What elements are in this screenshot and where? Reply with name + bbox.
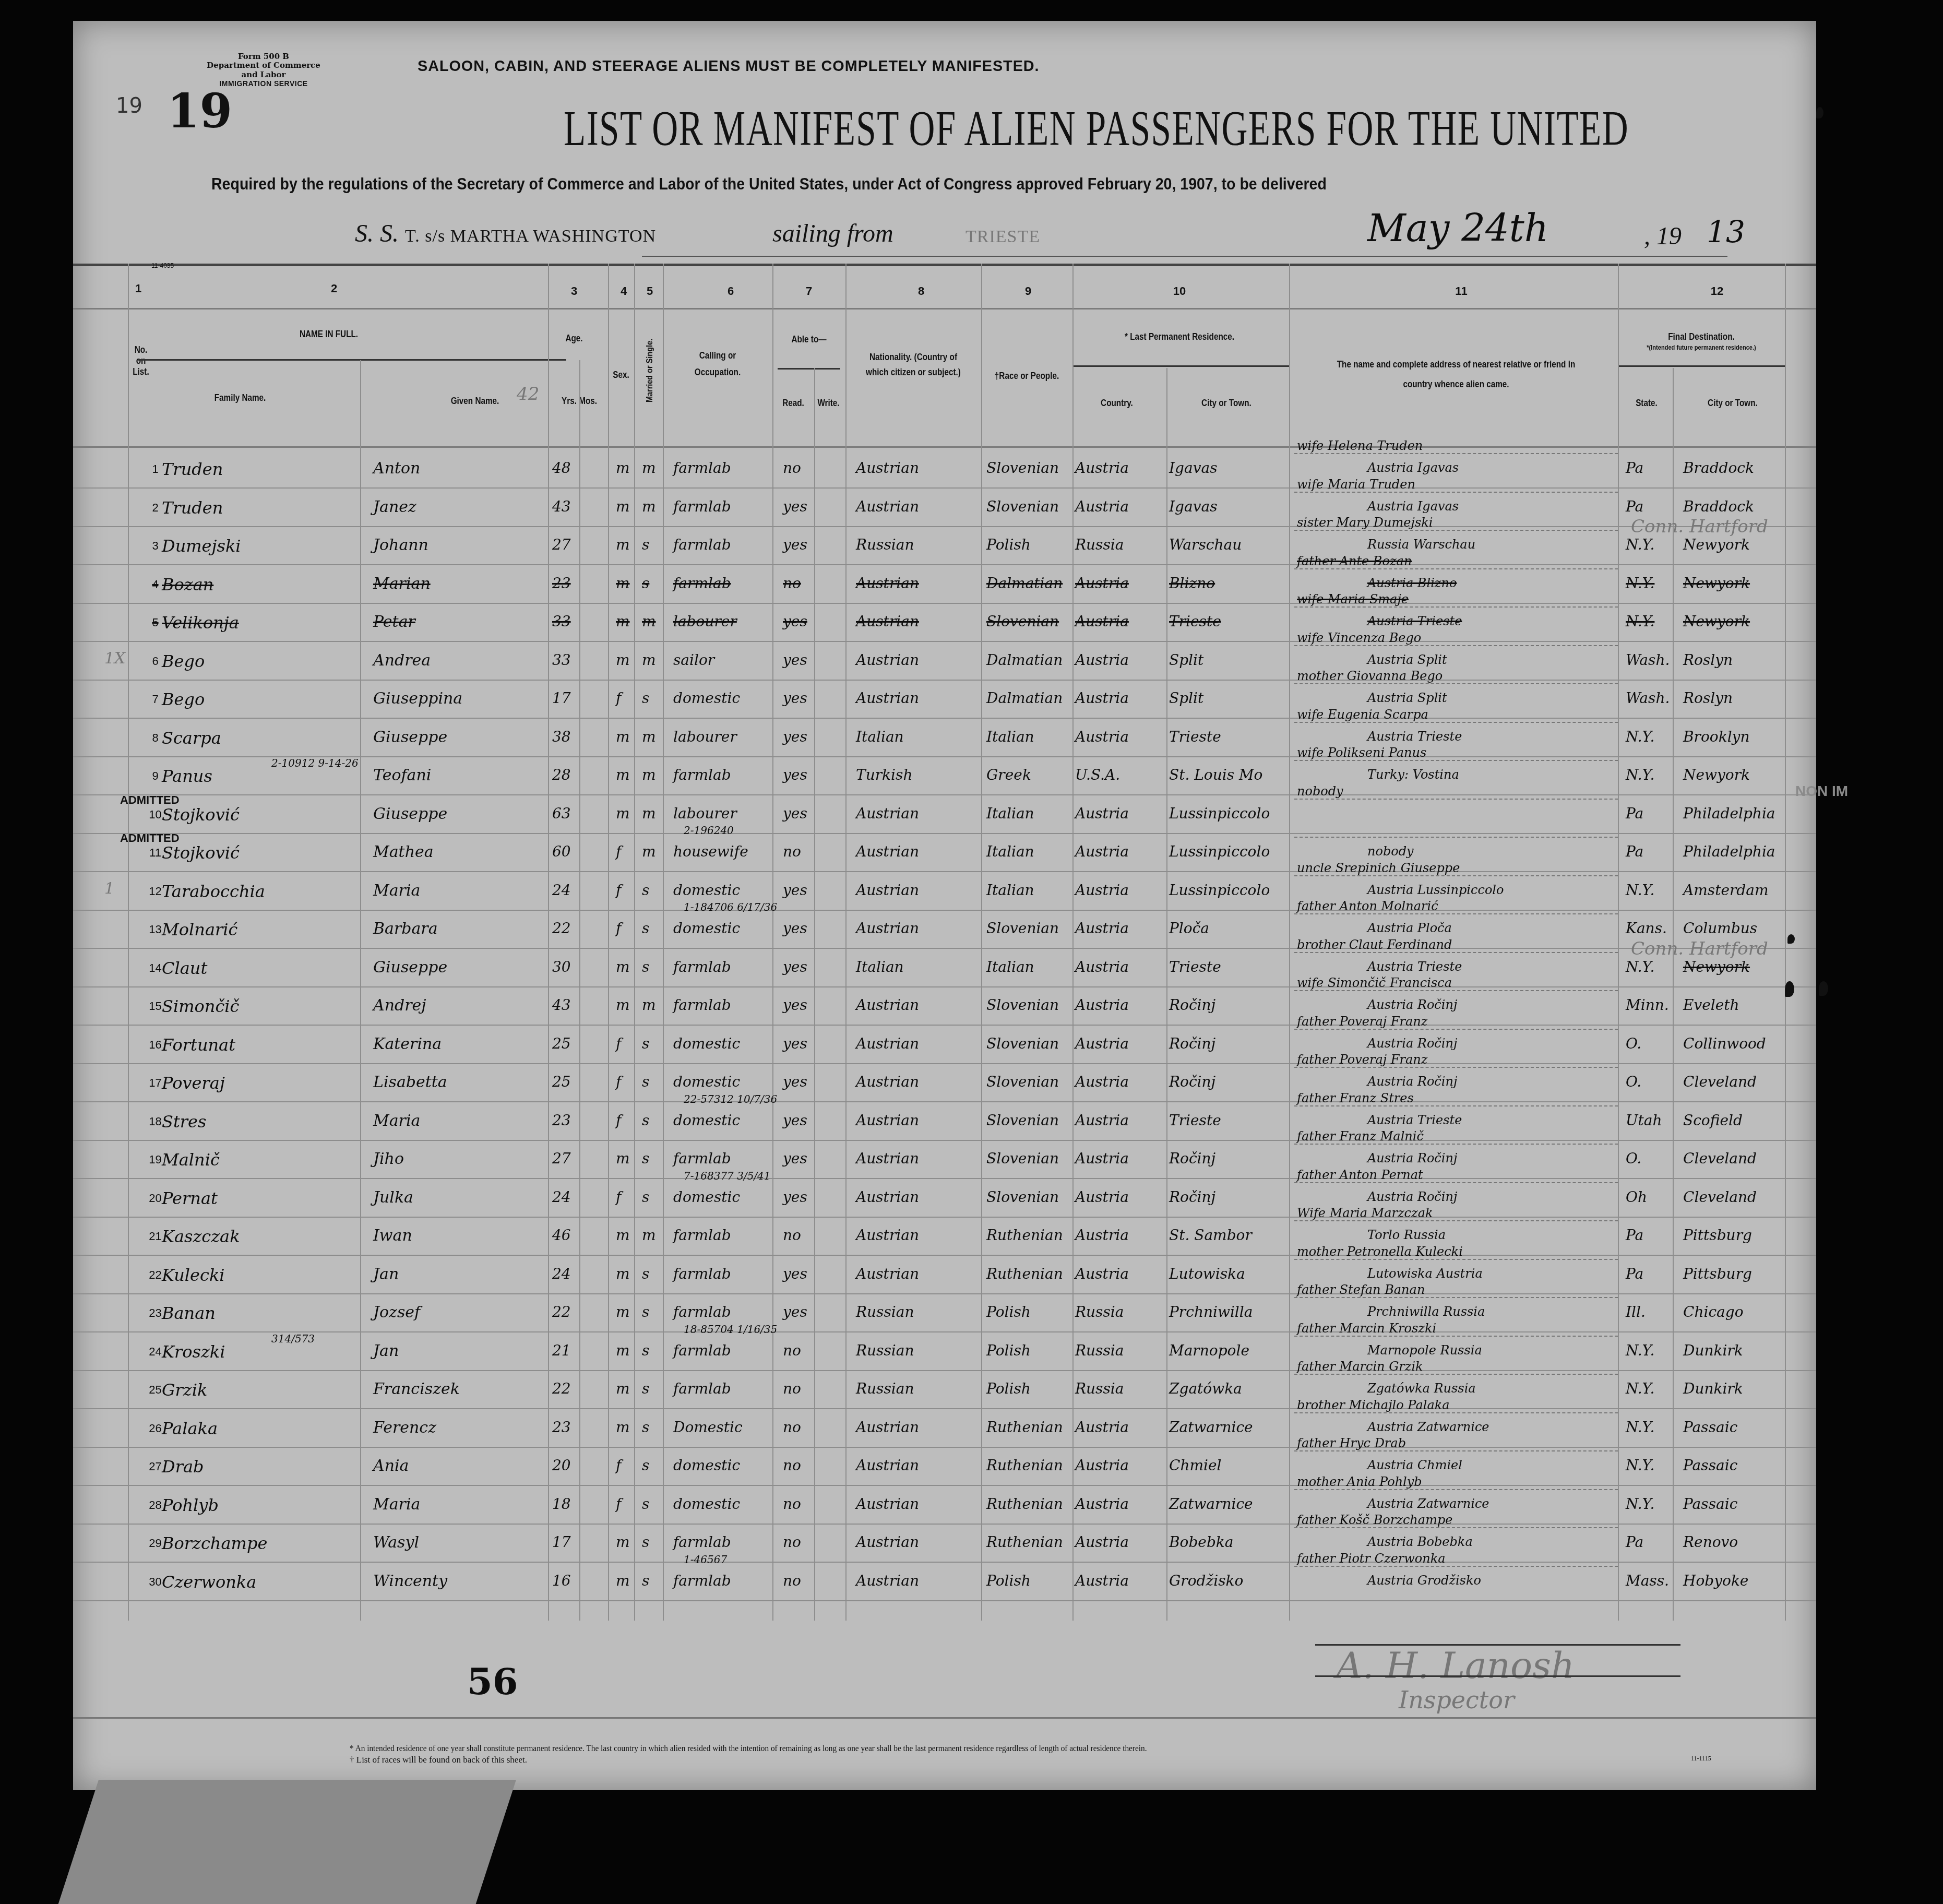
nationality: Russian xyxy=(856,536,914,553)
relative-name: father Poveraj Franz xyxy=(1297,1052,1427,1067)
marital-status: m xyxy=(642,843,656,860)
colnum-7: 7 xyxy=(798,284,819,298)
header-read: Read. xyxy=(780,398,807,409)
year-prefix: , 19 xyxy=(1644,222,1682,251)
can-read-write: yes xyxy=(783,805,807,822)
relative-name: wife Eugenia Scarpa xyxy=(1297,707,1428,722)
relative-name: wife Polikseni Panus xyxy=(1297,745,1426,760)
can-read-write: yes xyxy=(783,958,807,975)
family-name: Kulecki xyxy=(162,1265,225,1285)
age-years: 17 xyxy=(552,1533,571,1551)
colnum-9: 9 xyxy=(1018,284,1039,298)
destination-state: Utah xyxy=(1626,1112,1662,1129)
age-years: 27 xyxy=(552,536,571,553)
sex: m xyxy=(616,805,630,822)
nationality: Austrian xyxy=(856,1035,919,1052)
relative-dotted-line xyxy=(1294,1259,1618,1260)
destination-city: Braddock xyxy=(1683,459,1754,477)
residence-country: Austria xyxy=(1075,1188,1129,1206)
destination-city: Passaic xyxy=(1683,1419,1737,1436)
can-read-write: no xyxy=(783,1495,801,1513)
colnum-1: 1 xyxy=(128,282,149,295)
relative-address: Austria Chmiel xyxy=(1367,1458,1462,1472)
sex: m xyxy=(616,459,630,477)
residence-city: Igavas xyxy=(1169,459,1218,477)
residence-city: Lutowiska xyxy=(1169,1265,1245,1282)
destination-state: Ill. xyxy=(1626,1303,1646,1320)
relative-name: uncle Srepinich Giuseppe xyxy=(1297,861,1460,875)
sex: m xyxy=(616,651,630,669)
marital-status: s xyxy=(642,1112,649,1129)
occupation: farmlab xyxy=(673,536,731,553)
can-read-write: yes xyxy=(783,1303,807,1320)
relative-address: Prchniwilla Russia xyxy=(1367,1304,1485,1319)
passenger-row: 13 Molnarić Barbara 22 f s domestic 1-18… xyxy=(73,910,1816,948)
residence-city: Marnopole xyxy=(1169,1342,1249,1359)
signature-rule-top xyxy=(1315,1644,1680,1646)
relative-dotted-line xyxy=(1294,952,1618,953)
residence-city: Split xyxy=(1169,651,1203,669)
race: Polish xyxy=(986,1572,1031,1589)
nationality: Russian xyxy=(856,1303,914,1320)
relative-dotted-line xyxy=(1294,453,1618,454)
family-name: Kroszki xyxy=(162,1342,225,1362)
marital-status: m xyxy=(642,996,656,1014)
age-years: 30 xyxy=(552,958,571,975)
residence-city: Prchniwilla xyxy=(1169,1303,1253,1320)
occupation: domestic xyxy=(673,1035,740,1052)
relative-dotted-line xyxy=(1294,1336,1618,1337)
nationality: Austrian xyxy=(856,1073,919,1090)
sex: m xyxy=(616,498,630,515)
relative-dotted-line xyxy=(1294,683,1618,684)
race: Italian xyxy=(986,958,1034,975)
colnum-6: 6 xyxy=(720,284,741,298)
given-name: Maria xyxy=(373,882,420,900)
destination-state: N.Y. xyxy=(1626,1342,1654,1359)
sex: m xyxy=(616,536,630,553)
can-read-write: yes xyxy=(783,920,807,937)
given-name: Petar xyxy=(373,613,415,631)
paper-tab xyxy=(58,1780,516,1904)
sex: f xyxy=(616,1495,621,1513)
header-occupation: Calling or Occupation. xyxy=(680,347,756,381)
relative-address: Austria Bobebka xyxy=(1367,1534,1473,1549)
given-name: Anton xyxy=(373,459,420,478)
family-name: Panus xyxy=(162,766,212,786)
occupation-note: 2-196240 xyxy=(684,824,734,837)
occupation-note: 1-46567 xyxy=(684,1553,727,1566)
relative-dotted-line xyxy=(1294,799,1618,800)
given-name: Lisabetta xyxy=(373,1073,447,1091)
nationality: Austrian xyxy=(856,1419,919,1436)
sex: m xyxy=(616,613,630,630)
residence-city: Trieste xyxy=(1169,1112,1221,1129)
colnum-10: 10 xyxy=(1169,284,1190,298)
marital-status: s xyxy=(642,1457,649,1474)
age-years: 16 xyxy=(552,1572,571,1589)
sex: m xyxy=(616,958,630,975)
family-name: Simončič xyxy=(162,996,239,1016)
family-name: Stojković xyxy=(162,843,240,863)
residence-country: Russia xyxy=(1075,536,1124,553)
marital-status: s xyxy=(642,1419,649,1436)
header-write: Write. xyxy=(814,398,843,409)
residence-rule xyxy=(1072,365,1289,367)
destination-state: O. xyxy=(1626,1150,1641,1167)
header-no-on-list: No. on List. xyxy=(130,344,152,377)
race: Ruthenian xyxy=(986,1495,1063,1513)
residence-city: Lussinpiccolo xyxy=(1169,843,1270,860)
sex: m xyxy=(616,1419,630,1436)
sex: m xyxy=(616,1572,630,1589)
given-name: Iwan xyxy=(373,1227,412,1245)
age-years: 21 xyxy=(552,1342,571,1359)
header-given-name: Given Name. xyxy=(435,396,515,407)
family-name: Scarpa xyxy=(162,728,221,748)
destination-city: Dunkirk xyxy=(1683,1342,1743,1359)
can-read-write: yes xyxy=(783,1150,807,1167)
sex: m xyxy=(616,1380,630,1397)
colnum-3: 3 xyxy=(564,284,585,298)
department-name: Department of Commerce and Labor xyxy=(198,61,329,79)
family-name: Dumejski xyxy=(162,536,241,556)
marital-status: s xyxy=(642,1303,649,1320)
passenger-row: 29 Borzchampe Wasyl 17 m s farmlab no Au… xyxy=(73,1524,1816,1562)
occupation: farmlab xyxy=(673,1572,731,1589)
age-years: 24 xyxy=(552,1188,571,1206)
passenger-row: ADMITTED 10 Stojković Giuseppe 63 m m la… xyxy=(73,795,1816,834)
nationality: Austrian xyxy=(856,1457,919,1474)
destination-state: Wash. xyxy=(1626,689,1670,707)
race: Slovenian xyxy=(986,1112,1059,1129)
residence-city: Ročinj xyxy=(1169,1150,1215,1167)
occupation: farmlab xyxy=(673,498,731,515)
ink-blot xyxy=(1787,934,1795,944)
race: Slovenian xyxy=(986,498,1059,515)
nationality: Austrian xyxy=(856,575,919,592)
age-years: 28 xyxy=(552,766,571,783)
relative-address: nobody xyxy=(1367,844,1414,859)
family-name: Velikonja xyxy=(162,613,239,633)
ship-name: T. s/s MARTHA WASHINGTON xyxy=(405,227,656,246)
destination-state: O. xyxy=(1626,1035,1641,1052)
relative-dotted-line xyxy=(1294,1067,1618,1068)
destination-city: Passaic xyxy=(1683,1495,1737,1513)
colnum-2: 2 xyxy=(324,282,344,295)
occupation: farmlab xyxy=(673,958,731,975)
residence-country: Russia xyxy=(1075,1342,1124,1359)
relative-address: Austria Trieste xyxy=(1367,1113,1462,1127)
marital-status: s xyxy=(642,1188,649,1206)
can-read-write: yes xyxy=(783,689,807,707)
relative-address: Austria Ročinj xyxy=(1367,1189,1457,1204)
header-name-in-full: NAME IN FULL. xyxy=(249,329,409,340)
destination-state: Minn. xyxy=(1626,996,1669,1014)
passenger-row: 1X 6 Bego Andrea 33 m m sailor yes Austr… xyxy=(73,642,1816,680)
passenger-row: 8 Scarpa Giuseppe 38 m m labourer yes It… xyxy=(73,719,1816,757)
header-nationality: Nationality. (Country of which citizen o… xyxy=(860,350,967,380)
sailing-date: May 24th xyxy=(1367,206,1548,250)
relative-dotted-line xyxy=(1294,1220,1618,1221)
destination-city: Pittsburg xyxy=(1683,1227,1752,1244)
can-read-write: yes xyxy=(783,1112,807,1129)
sex: m xyxy=(616,1342,630,1359)
occupation: domestic xyxy=(673,1188,740,1206)
given-name: Katerina xyxy=(373,1035,442,1053)
destination-state: Pa xyxy=(1626,1533,1643,1551)
colnum-11: 11 xyxy=(1451,284,1472,298)
sex: f xyxy=(616,1073,621,1090)
marital-status: s xyxy=(642,920,649,937)
given-name: Maria xyxy=(373,1112,420,1130)
residence-country: Austria xyxy=(1075,459,1129,477)
relative-address: Austria Trieste xyxy=(1367,959,1462,974)
marital-status: s xyxy=(642,689,649,707)
relative-dotted-line xyxy=(1294,837,1618,838)
residence-country: Austria xyxy=(1075,651,1129,669)
family-name: Fortunat xyxy=(162,1035,235,1055)
relative-dotted-line xyxy=(1294,1527,1618,1528)
can-read-write: yes xyxy=(783,766,807,783)
destination-annotation: Conn. Hartford xyxy=(1631,516,1768,537)
age-years: 25 xyxy=(552,1073,571,1090)
can-read-write: yes xyxy=(783,1035,807,1052)
residence-city: Bobebka xyxy=(1169,1533,1234,1551)
race: Dalmatian xyxy=(986,689,1063,707)
relative-name: wife Maria Smaje xyxy=(1297,592,1409,606)
passenger-row: 14 Claut Giuseppe 30 m s farmlab yes Ita… xyxy=(73,949,1816,987)
given-name: Teofani xyxy=(373,766,431,784)
family-name: Molnarić xyxy=(162,920,237,939)
destination-city: Cleveland xyxy=(1683,1150,1757,1167)
marital-status: s xyxy=(642,1533,649,1551)
relative-dotted-line xyxy=(1294,568,1618,569)
can-read-write: no xyxy=(783,1419,801,1436)
race: Slovenian xyxy=(986,1150,1059,1167)
residence-city: Zatwarnice xyxy=(1169,1419,1253,1436)
residence-city: Chmiel xyxy=(1169,1457,1222,1474)
relative-address: Austria Ročinj xyxy=(1367,1036,1457,1051)
destination-state: Wash. xyxy=(1626,651,1670,669)
race: Ruthenian xyxy=(986,1419,1063,1436)
residence-city: Trieste xyxy=(1169,958,1221,975)
header-married-single: Married or Single. xyxy=(645,324,655,418)
destination-state: N.Y. xyxy=(1626,536,1654,553)
destination-state: Pa xyxy=(1626,805,1643,822)
occupation: labourer xyxy=(673,805,737,822)
can-read-write: yes xyxy=(783,651,807,669)
destination-city: Newyork xyxy=(1683,766,1750,783)
destination-city: Newyork xyxy=(1683,575,1750,592)
relative-address: Austria Zatwarnice xyxy=(1367,1496,1489,1511)
sex: f xyxy=(616,920,621,937)
destination-city: Newyork xyxy=(1683,613,1750,630)
given-name: Wincenty xyxy=(373,1572,447,1590)
header-rule-mid xyxy=(73,308,1816,310)
residence-country: Russia xyxy=(1075,1303,1124,1320)
race: Dalmatian xyxy=(986,575,1063,592)
passenger-row: 24 Kroszki 314/573 Jan 21 m s farmlab 18… xyxy=(73,1332,1816,1371)
destination-state: N.Y. xyxy=(1626,575,1654,592)
sex: m xyxy=(616,766,630,783)
age-years: 48 xyxy=(552,459,571,477)
destination-city: Chicago xyxy=(1683,1303,1744,1320)
can-read-write: no xyxy=(783,1342,801,1359)
residence-country: Austria xyxy=(1075,728,1129,745)
destination-state: N.Y. xyxy=(1626,728,1654,745)
sex: m xyxy=(616,1227,630,1244)
occupation: labourer xyxy=(673,613,737,630)
nationality: Austrian xyxy=(856,1495,919,1513)
relative-address: Austria Grodžisko xyxy=(1367,1573,1481,1588)
race: Ruthenian xyxy=(986,1457,1063,1474)
destination-city: Roslyn xyxy=(1683,689,1733,707)
ink-blot xyxy=(1785,981,1794,997)
marital-status: s xyxy=(642,1380,649,1397)
relative-dotted-line xyxy=(1294,606,1618,608)
destination-city: Eveleth xyxy=(1683,996,1739,1014)
destination-city: Collinwood xyxy=(1683,1035,1766,1052)
age-years: 60 xyxy=(552,843,571,860)
relative-address: Austria Split xyxy=(1367,652,1447,667)
passenger-row: 5 Velikonja Petar 33 m m labourer yes Au… xyxy=(73,603,1816,641)
page-title: LIST OR MANIFEST OF ALIEN PASSENGERS FOR… xyxy=(564,99,1629,157)
given-name: Ferencz xyxy=(373,1419,436,1437)
residence-city: St. Sambor xyxy=(1169,1227,1252,1244)
sex: f xyxy=(616,843,621,860)
margin-mark: 1 xyxy=(104,879,114,898)
destination-state: Oh xyxy=(1626,1188,1647,1206)
destination-state: N.Y. xyxy=(1626,766,1654,783)
nationality: Austrian xyxy=(856,1188,919,1206)
marital-status: s xyxy=(642,575,649,592)
passenger-row: 1 12 Tarabocchia Maria 24 f s domestic y… xyxy=(73,872,1816,910)
relative-address: Austria Lussinpiccolo xyxy=(1367,883,1504,897)
destination-city: Braddock xyxy=(1683,498,1754,515)
relative-dotted-line xyxy=(1294,492,1618,493)
destination-state: N.Y. xyxy=(1626,1419,1654,1436)
occupation-note: 7-168377 3/5/41 xyxy=(684,1170,771,1182)
given-name: Julka xyxy=(373,1188,413,1207)
table-bottom-rule xyxy=(73,1717,1816,1719)
nationality: Russian xyxy=(856,1342,914,1359)
given-name: Johann xyxy=(373,536,428,554)
residence-country: Austria xyxy=(1075,1112,1129,1129)
race: Ruthenian xyxy=(986,1265,1063,1282)
destination-annotation: Conn. Hartford xyxy=(1631,938,1768,959)
sex: m xyxy=(616,575,630,592)
race: Slovenian xyxy=(986,613,1059,630)
nationality: Russian xyxy=(856,1380,914,1397)
residence-country: Austria xyxy=(1075,1035,1129,1052)
occupation: domestic xyxy=(673,882,740,899)
race: Italian xyxy=(986,805,1034,822)
colnum-12: 12 xyxy=(1707,284,1727,298)
passenger-row: 1 Truden Anton 48 m m farmlab no Austria… xyxy=(73,450,1816,488)
signature-rule-bottom xyxy=(1315,1675,1680,1677)
destination-city: Amsterdam xyxy=(1683,882,1769,899)
sex: f xyxy=(616,882,621,899)
occupation: farmlab xyxy=(673,1303,731,1320)
relative-dotted-line xyxy=(1294,913,1618,914)
family-name: Truden xyxy=(162,459,223,479)
occupation: domestic xyxy=(673,1073,740,1090)
nationality: Austrian xyxy=(856,1150,919,1167)
passenger-row: 27 Drab Ania 20 f s domestic no Austrian… xyxy=(73,1447,1816,1485)
row-rule xyxy=(73,1600,1816,1601)
destination-city: Brooklyn xyxy=(1683,728,1749,745)
race: Greek xyxy=(986,766,1031,783)
can-read-write: no xyxy=(783,1380,801,1397)
relative-dotted-line xyxy=(1294,760,1618,761)
colnum-5: 5 xyxy=(642,284,658,298)
can-read-write: no xyxy=(783,575,801,592)
given-name: Wasyl xyxy=(373,1533,419,1552)
occupation: farmlab xyxy=(673,1150,731,1167)
can-read-write: no xyxy=(783,1533,801,1551)
destination-city: Pittsburg xyxy=(1683,1265,1752,1282)
residence-city: Ročinj xyxy=(1169,1073,1215,1090)
residence-country: Austria xyxy=(1075,882,1129,899)
nationality: Austrian xyxy=(856,1112,919,1129)
relative-address: Austria Ročinj xyxy=(1367,1074,1457,1089)
relative-address: Austria Blizno xyxy=(1367,576,1457,590)
age-years: 23 xyxy=(552,1419,571,1436)
destination-state: N.Y. xyxy=(1626,1495,1654,1513)
relative-name: father Marcin Grzik xyxy=(1297,1359,1423,1374)
passenger-row: 20 Pernat Julka 24 f s domestic 7-168377… xyxy=(73,1179,1816,1217)
nationality: Turkish xyxy=(856,766,912,783)
relative-name: father Anton Molnarić xyxy=(1297,899,1438,913)
age-years: 22 xyxy=(552,1380,571,1397)
age-years: 46 xyxy=(552,1227,571,1244)
race: Slovenian xyxy=(986,1073,1059,1090)
nationality: Austrian xyxy=(856,882,919,899)
relative-dotted-line xyxy=(1294,645,1618,646)
given-name: Andrej xyxy=(373,996,426,1015)
relative-dotted-line xyxy=(1294,875,1618,876)
relative-dotted-line xyxy=(1294,1374,1618,1375)
header-sex: Sex. xyxy=(610,370,633,380)
marital-status: m xyxy=(642,498,656,515)
can-read-write: no xyxy=(783,1572,801,1589)
residence-country: Austria xyxy=(1075,1265,1129,1282)
residence-country: Austria xyxy=(1075,805,1129,822)
given-name: Andrea xyxy=(373,651,431,670)
relative-dotted-line xyxy=(1294,530,1618,531)
header-relative: The name and complete address of nearest… xyxy=(1323,355,1589,395)
header-city-town: City or Town. xyxy=(1182,398,1271,409)
family-name: Borzchampe xyxy=(162,1533,267,1553)
relative-address: Austria Trieste xyxy=(1367,614,1462,628)
header-state: State. xyxy=(1627,398,1667,409)
header-final-destination-note: *(Intended future permanent residence.) xyxy=(1639,343,1763,351)
passenger-row: 26 Palaka Ferencz 23 m s Domestic no Aus… xyxy=(73,1409,1816,1447)
residence-country: Austria xyxy=(1075,1419,1129,1436)
can-read-write: no xyxy=(783,843,801,860)
residence-country: Austria xyxy=(1075,1533,1129,1551)
family-name: Malnič xyxy=(162,1150,220,1170)
destination-state: Pa xyxy=(1626,1227,1643,1244)
marital-status: s xyxy=(642,882,649,899)
given-name: Jozsef xyxy=(373,1303,420,1322)
race: Ruthenian xyxy=(986,1533,1063,1551)
residence-country: Austria xyxy=(1075,1457,1129,1474)
can-read-write: yes xyxy=(783,1073,807,1090)
passenger-row: 4 Bozan Marian 23 m s farmlab no Austria… xyxy=(73,565,1816,603)
family-name-note: 314/573 xyxy=(271,1332,315,1345)
